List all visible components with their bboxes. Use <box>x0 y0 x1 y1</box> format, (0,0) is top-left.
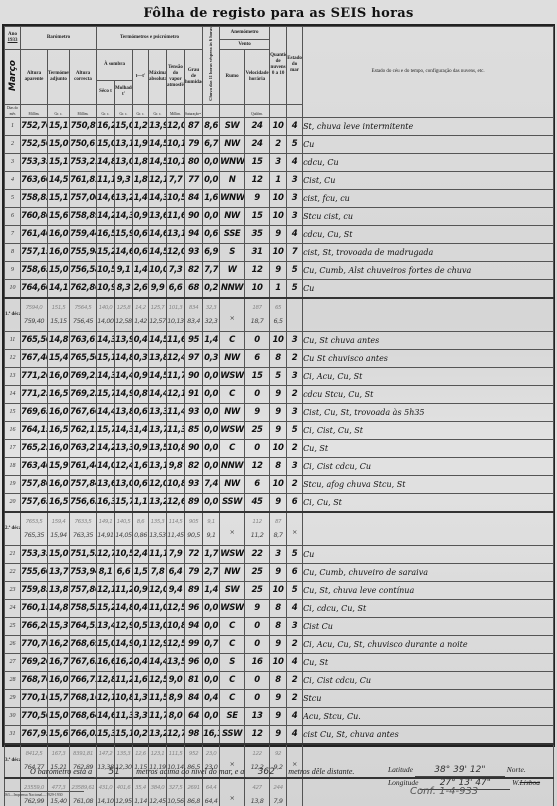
reading-cell: 3 <box>287 189 303 207</box>
reading-cell: C <box>220 671 245 689</box>
reading-cell: 8 <box>270 349 287 367</box>
reading-cell: 13,9 <box>149 117 167 135</box>
reading-cell: 0,9 <box>133 367 149 385</box>
reading-cell: 15,0 <box>97 635 115 653</box>
reading-cell: 763,60 <box>21 171 48 189</box>
reading-cell: 0,4 <box>203 689 220 707</box>
sky-remark: Acu, Stcu, Cu. <box>303 707 554 725</box>
sky-remark: Cu, St <box>303 439 554 457</box>
reading-cell: 761,40 <box>21 225 48 243</box>
reading-cell: 6,6 <box>115 563 133 581</box>
sky-remark: Cu <box>303 545 554 563</box>
summary-cell: 7653,5765,35 <box>21 512 48 546</box>
unit-cell: Quilóm. <box>245 104 270 117</box>
reading-cell: 84 <box>185 689 203 707</box>
year-header: Ano1933 <box>5 27 21 50</box>
reading-cell: 14,4 <box>115 367 133 385</box>
reading-cell: 9 <box>270 707 287 725</box>
reading-cell: 45 <box>245 493 270 512</box>
reading-cell: 7,8 <box>149 563 167 581</box>
reading-cell: 12,5 <box>149 671 167 689</box>
reading-cell: 6 <box>287 493 303 512</box>
reading-cell: 4 <box>287 599 303 617</box>
reading-cell: 12,1 <box>167 385 185 403</box>
reading-cell: 0,4 <box>133 653 149 671</box>
reading-cell: 89 <box>185 581 203 599</box>
reading-cell: 750,8 <box>70 117 97 135</box>
reading-cell: 14,6 <box>115 243 133 261</box>
reading-cell: 767,66 <box>70 403 97 421</box>
reading-cell: 758,55 <box>70 599 97 617</box>
reading-cell: 761,44 <box>70 457 97 475</box>
sky-remark: Ci, Acu, Cu, St <box>303 367 554 385</box>
reading-cell: 15,1 <box>115 725 133 744</box>
reading-cell: 756,58 <box>70 261 97 279</box>
sky-remark: Cu <box>303 135 554 153</box>
sky-remark: Stcu, afog chuva Stcu, St <box>303 475 554 493</box>
summary-cell: 7633,5763,35 <box>70 512 97 546</box>
decade-label: 1.ª década <box>5 298 21 332</box>
reading-cell: 14,0 <box>97 457 115 475</box>
reading-cell: 770,50 <box>21 707 48 725</box>
reading-cell: 96 <box>185 653 203 671</box>
summary-cell <box>287 778 303 806</box>
reading-cell: 0,1 <box>133 635 149 653</box>
reading-cell: 755,98 <box>70 243 97 261</box>
reading-cell: 14,3 <box>97 331 115 349</box>
reading-cell: 14,3 <box>97 367 115 385</box>
max-header: Máxima absoluta <box>149 50 167 105</box>
reading-cell: 79 <box>185 135 203 153</box>
summary-cell: 135,313,53 <box>149 512 167 546</box>
sky-remark: Ci, Cu, St <box>303 493 554 512</box>
reading-cell: 13,2 <box>115 189 133 207</box>
table-row: 1752,7015,1750,816,215,01,213,912,0878,6… <box>5 117 554 135</box>
reading-cell: N <box>220 171 245 189</box>
reading-cell: C <box>220 439 245 457</box>
summary-cell: 35,41,14 <box>133 778 149 806</box>
sky-remark: cdcu Stcu, Cu, St <box>303 385 554 403</box>
reading-cell: 14,5 <box>48 171 70 189</box>
reading-cell: 9 <box>270 403 287 421</box>
sky-remark: Cu, Cumb, Alst chuveiros fortes de chuva <box>303 261 554 279</box>
reading-cell: 9 <box>245 189 270 207</box>
reading-cell: 14,8 <box>48 599 70 617</box>
day-number: 25 <box>5 617 21 635</box>
reading-cell: 2 <box>287 475 303 493</box>
reading-cell: 11,3 <box>115 707 133 725</box>
reading-cell: 0 <box>245 617 270 635</box>
reading-cell: 0 <box>245 671 270 689</box>
reading-cell: 12,0 <box>167 243 185 261</box>
reading-cell: 12,7 <box>167 725 185 744</box>
reading-cell: 16,0 <box>48 243 70 261</box>
reading-cell: 15,1 <box>97 349 115 367</box>
reading-cell: 16,0 <box>48 367 70 385</box>
summary-cell: 14,21,42 <box>133 298 149 332</box>
day-number: 28 <box>5 671 21 689</box>
sky-remark: Ci, Cist cdcu, Cu <box>303 457 554 475</box>
reading-cell: 16,5 <box>48 493 70 512</box>
reading-cell: NW <box>220 207 245 225</box>
reading-cell: 94 <box>185 617 203 635</box>
summary-cell: 18718,7 <box>245 298 270 332</box>
table-row: 2752,5015,0750,6715,013,11,914,510,1796,… <box>5 135 554 153</box>
reading-cell: 93 <box>185 243 203 261</box>
reading-cell: 3 <box>287 457 303 475</box>
reading-cell: 3 <box>270 153 287 171</box>
table-row: 8757,1516,0755,9815,214,60,614,512,0936,… <box>5 243 554 261</box>
reading-cell: 16,5 <box>97 225 115 243</box>
reading-cell: 2 <box>287 385 303 403</box>
summary-cell: 11211,2 <box>245 512 270 546</box>
day-number: 30 <box>5 707 21 725</box>
summary-cell: 269186,8 <box>185 778 203 806</box>
table-row: 12767,4015,4765,5015,114,80,313,812,4970… <box>5 349 554 367</box>
reading-cell: 1,6 <box>133 671 149 689</box>
reading-cell: 8 <box>270 671 287 689</box>
table-row: 3753,3515,1753,2114,813,01,814,510,1800,… <box>5 153 554 171</box>
summary-cell: 401,612,95 <box>115 778 133 806</box>
sky-remark: Cist, Cu <box>303 171 554 189</box>
day-number: 22 <box>5 563 21 581</box>
summary-cell: 7564,5756,45 <box>70 298 97 332</box>
table-row: 23759,8513,8757,8612,111,20,912,09,4891,… <box>5 581 554 599</box>
reading-cell: 13,0 <box>115 475 133 493</box>
reading-cell: 9,0 <box>167 671 185 689</box>
printer-imprint: 263—Imprensa Nacional—1929-1930 <box>4 791 84 797</box>
reading-cell: 14,8 <box>115 349 133 367</box>
reading-cell: 15,1 <box>48 117 70 135</box>
reading-cell: 10 <box>270 581 287 599</box>
reading-cell: 9 <box>270 225 287 243</box>
reading-cell: 13 <box>245 707 270 725</box>
summary-cell: 64,464,4 <box>203 778 220 806</box>
reading-cell: 9 <box>270 493 287 512</box>
summary-cell: 8,60,86 <box>133 512 149 546</box>
reading-cell: 81 <box>185 671 203 689</box>
reading-cell: 13,8 <box>48 581 70 599</box>
reading-cell: 1 <box>270 279 287 298</box>
reading-cell: 9 <box>245 403 270 421</box>
reading-cell: 15,1 <box>48 189 70 207</box>
reading-cell: 14,4 <box>97 403 115 421</box>
reading-cell: 15,2 <box>97 599 115 617</box>
reading-cell: 1,2 <box>133 117 149 135</box>
reading-cell: 0,5 <box>133 617 149 635</box>
reading-cell: 4 <box>287 653 303 671</box>
reading-cell: 5 <box>287 581 303 599</box>
reading-cell: 12,5 <box>167 635 185 653</box>
day-number: 7 <box>5 225 21 243</box>
reading-cell: 4 <box>287 117 303 135</box>
reading-cell: WSW <box>220 367 245 385</box>
reading-cell: 1,9 <box>133 135 149 153</box>
reading-cell: 11,2 <box>115 581 133 599</box>
sky-remark: St, chuva leve intermitente <box>303 117 554 135</box>
reading-cell: 10 <box>270 653 287 671</box>
reading-cell: 756,63 <box>70 493 97 512</box>
reading-cell: 5 <box>270 367 287 385</box>
reading-cell: 9 <box>270 421 287 439</box>
reading-cell: 15,6 <box>48 207 70 225</box>
table-row: 18763,4015,9761,4414,012,41,613,19,8820,… <box>5 457 554 475</box>
reading-cell: 6 <box>245 349 270 367</box>
table-row: 27769,2016,7767,6316,616,20,414,413,5960… <box>5 653 554 671</box>
reading-cell: 72 <box>185 545 203 563</box>
velocity-header: Velocidade horária <box>245 50 270 105</box>
reading-cell: 0,0 <box>203 171 220 189</box>
reading-cell: 15,0 <box>115 117 133 135</box>
reading-cell: 0,6 <box>133 243 149 261</box>
reading-cell: 758,85 <box>21 189 48 207</box>
day-number: 2 <box>5 135 21 153</box>
reading-cell: 764,51 <box>70 617 97 635</box>
reading-cell: 10,5 <box>115 545 133 563</box>
reading-cell: 12,6 <box>167 493 185 512</box>
reading-cell: 31 <box>245 243 270 261</box>
reading-cell: 11,1 <box>97 171 115 189</box>
reading-cell: 0,7 <box>203 635 220 653</box>
reading-cell: W <box>220 261 245 279</box>
reading-cell: 765,50 <box>21 331 48 349</box>
reading-cell: 0,4 <box>133 599 149 617</box>
reading-cell: 768,16 <box>70 689 97 707</box>
reading-cell: 12 <box>245 261 270 279</box>
day-number: 5 <box>5 189 21 207</box>
reading-cell: 0 <box>245 385 270 403</box>
register-table-frame: Ano1933 Barómetro Termómetros e psicróme… <box>2 24 555 747</box>
reading-cell: 9 <box>245 599 270 617</box>
reading-cell: 767,95 <box>21 725 48 744</box>
reading-cell: 11,6 <box>167 207 185 225</box>
reading-cell: 82 <box>185 261 203 279</box>
reading-cell: 10,8 <box>115 689 133 707</box>
reading-cell: 9 <box>270 385 287 403</box>
table-row: 28768,7016,0766,7112,811,21,612,59,0810,… <box>5 671 554 689</box>
reading-cell: 6 <box>287 563 303 581</box>
reading-cell: 762,11 <box>70 421 97 439</box>
reading-cell: 13,0 <box>149 617 167 635</box>
reading-cell: 13,7 <box>48 563 70 581</box>
reading-cell: 13,7 <box>149 421 167 439</box>
reading-cell: 10 <box>270 117 287 135</box>
reading-cell: 16,3 <box>97 493 115 512</box>
reading-cell: 11,4 <box>167 403 185 421</box>
summary-cell: 2447,9 <box>270 778 287 806</box>
reading-cell: 4 <box>287 225 303 243</box>
unit-cell <box>203 104 220 117</box>
table-row: 17765,2516,0763,2714,213,30,913,510,8900… <box>5 439 554 457</box>
reading-cell: 1 <box>270 171 287 189</box>
reading-cell: 11,5 <box>149 689 167 707</box>
conference-signature: Conf. 1-4-933 <box>410 786 478 797</box>
reading-cell: 14,2 <box>97 207 115 225</box>
sky-remark: cist Cu, St, chuva antes <box>303 725 554 744</box>
reading-cell: 10,0 <box>149 261 167 279</box>
reading-cell: 14,8 <box>48 331 70 349</box>
reading-cell: 13,5 <box>167 653 185 671</box>
reading-cell: WSW <box>220 599 245 617</box>
reading-cell: 6 <box>245 475 270 493</box>
reading-cell: 12,0 <box>149 475 167 493</box>
reading-cell: 14,6 <box>149 225 167 243</box>
reading-cell: 4 <box>287 707 303 725</box>
reading-cell: 15,7 <box>115 493 133 512</box>
summary-cell: 878,7 <box>270 512 287 546</box>
reading-cell: 14,5 <box>149 367 167 385</box>
decade-summary-row: 2.ª década7653,5765,35159,415,947633,576… <box>5 512 554 546</box>
altura-aparente-header: Altura aparente <box>21 50 48 105</box>
reading-cell: 753,35 <box>21 545 48 563</box>
day-number: 8 <box>5 243 21 261</box>
sky-remark: Stcu <box>303 689 554 707</box>
reading-cell: 12,9 <box>115 617 133 635</box>
reading-cell: 10,5 <box>97 261 115 279</box>
reading-cell: 8,1 <box>97 563 115 581</box>
day-number: 27 <box>5 653 21 671</box>
reading-cell: 5 <box>287 279 303 298</box>
day-number: 4 <box>5 171 21 189</box>
sky-remark: Cu, Cumb, chuveiro de saraiva <box>303 563 554 581</box>
reading-cell: 15,0 <box>48 545 70 563</box>
reading-cell: 757,00 <box>70 189 97 207</box>
reading-cell: 12 <box>245 457 270 475</box>
reading-cell: 757,65 <box>21 493 48 512</box>
reading-cell: 9,4 <box>167 581 185 599</box>
sky-remark: cdcu, Cu, St <box>303 225 554 243</box>
summary-cell: 90590,5 <box>185 512 203 546</box>
reading-cell: 768,64 <box>70 707 97 725</box>
reading-cell: 755,60 <box>21 563 48 581</box>
reading-cell: 763,40 <box>21 457 48 475</box>
table-row: 25766,2015,3764,5113,412,90,513,010,8940… <box>5 617 554 635</box>
reading-cell: 11,0 <box>149 599 167 617</box>
table-row: 11765,5014,8763,6714,313,90,414,511,6951… <box>5 331 554 349</box>
reading-cell: 0 <box>245 331 270 349</box>
reading-cell: 15,3 <box>48 617 70 635</box>
table-row: 5758,8515,1757,0014,613,21,414,310,5841,… <box>5 189 554 207</box>
reading-cell: 15,9 <box>115 225 133 243</box>
reading-cell: 11,7 <box>167 367 185 385</box>
reading-cell: 751,52 <box>70 545 97 563</box>
table-row: 16764,1516,5762,1115,714,31,413,711,3850… <box>5 421 554 439</box>
reading-cell: 0,0 <box>203 671 220 689</box>
reading-cell: 25 <box>245 421 270 439</box>
reading-cell: 9 <box>270 635 287 653</box>
summary-cell: 7594,0759,40 <box>21 298 48 332</box>
summary-cell: × <box>220 512 245 546</box>
summary-cell: 159,415,94 <box>48 512 70 546</box>
reading-cell: 768,70 <box>21 671 48 689</box>
reading-cell: 10 <box>270 207 287 225</box>
table-row: 21753,3515,0751,5212,710,52,411,17,9721,… <box>5 545 554 563</box>
reading-cell: 14,3 <box>149 189 167 207</box>
reading-cell: 16,7 <box>48 653 70 671</box>
reading-cell: 93 <box>185 475 203 493</box>
reading-cell: 771,25 <box>21 385 48 403</box>
reading-cell: 22 <box>245 545 270 563</box>
reading-cell: 752,70 <box>21 117 48 135</box>
reading-cell: WSW <box>220 421 245 439</box>
wind-header: Vento <box>220 40 270 50</box>
reading-cell: 97 <box>185 349 203 367</box>
sky-remark: Stcu cist, cu <box>303 207 554 225</box>
sky-remark: Cist, Cu, St, trovoada às 5h35 <box>303 403 554 421</box>
reading-cell: 760,15 <box>21 599 48 617</box>
reading-cell: 13,2 <box>149 725 167 744</box>
unit-cell <box>287 104 303 117</box>
reading-cell: 1,4 <box>133 261 149 279</box>
reading-cell: 2 <box>287 635 303 653</box>
reading-cell: 7,9 <box>167 545 185 563</box>
summary-cell: 42713,8 <box>245 778 270 806</box>
reading-cell: 15,7 <box>97 385 115 403</box>
reading-cell: 14,2 <box>97 439 115 457</box>
summary-cell: × <box>220 298 245 332</box>
reading-cell: 13,1 <box>115 135 133 153</box>
reading-cell: 0,0 <box>203 439 220 457</box>
reading-cell: 1,4 <box>133 421 149 439</box>
reading-cell: 11,7 <box>149 707 167 725</box>
summary-cell: 32,332,3 <box>203 298 220 332</box>
reading-cell: 769,20 <box>21 653 48 671</box>
reading-cell: 3,3 <box>133 707 149 725</box>
register-sheet: Fôlha de registo para as SEIS horas Ano1… <box>0 0 557 806</box>
reading-cell: 753,94 <box>70 563 97 581</box>
reading-cell: NW <box>220 403 245 421</box>
sky-remark: cist, St, trovoada de madrugada <box>303 243 554 261</box>
unit-cell: Millim. <box>70 104 97 117</box>
reading-cell: 0,0 <box>203 367 220 385</box>
sky-state-header: Estado do céu e do tempo, configuração d… <box>303 27 554 118</box>
table-row: 29770,1015,7768,1612,110,81,311,58,9840,… <box>5 689 554 707</box>
table-row: 13771,2016,0769,2114,314,40,914,511,7900… <box>5 367 554 385</box>
sky-remark: Cu, St <box>303 653 554 671</box>
reading-cell: 13,5 <box>149 439 167 457</box>
reading-cell: 0,9 <box>133 207 149 225</box>
reading-cell: SW <box>220 117 245 135</box>
reading-cell: 764,60 <box>21 279 48 298</box>
reading-cell: 761,81 <box>70 171 97 189</box>
summary-cell: 149,114,91 <box>97 512 115 546</box>
sky-remark: Ci, Cist, Cu, St <box>303 421 554 439</box>
summary-cell: × <box>287 512 303 546</box>
reading-cell: 2 <box>270 135 287 153</box>
reading-cell: 1,1 <box>133 493 149 512</box>
reading-cell: 770,70 <box>21 635 48 653</box>
reading-cell: 13,8 <box>115 403 133 421</box>
table-row: 10764,6014,1762,8610,98,32,69,96,6680,2N… <box>5 279 554 298</box>
summary-cell: 9,19,1 <box>203 512 220 546</box>
reading-cell: 757,86 <box>70 581 97 599</box>
reading-cell: 12,0 <box>149 581 167 599</box>
reading-cell: 9,3 <box>115 171 133 189</box>
reading-cell: 2 <box>287 671 303 689</box>
table-row: 19757,8016,0757,8413,613,00,612,010,8937… <box>5 475 554 493</box>
summary-cell: 327,510,56 <box>167 778 185 806</box>
reading-cell: 769,65 <box>21 403 48 421</box>
reading-cell: 10,1 <box>167 153 185 171</box>
reading-cell: 98 <box>185 725 203 744</box>
reading-cell: 759,44 <box>70 225 97 243</box>
reading-cell: 0 <box>245 439 270 457</box>
reading-cell: 8 <box>270 599 287 617</box>
reading-cell: 16,0 <box>48 439 70 457</box>
unit-cell: Gr. c. <box>133 104 149 117</box>
day-number: 29 <box>5 689 21 707</box>
reading-cell: 769,22 <box>70 385 97 403</box>
